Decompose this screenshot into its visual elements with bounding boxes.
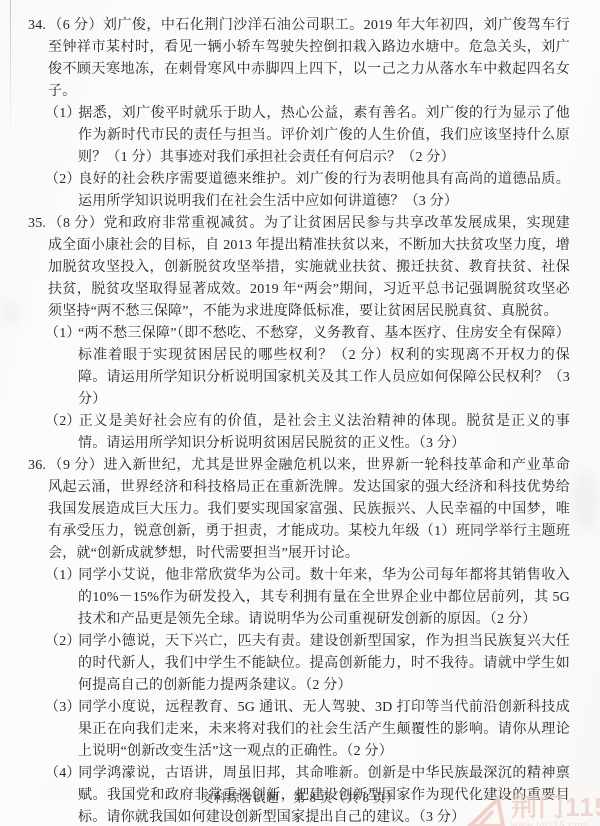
exam-paper-page: 34.（6 分）刘广俊，中石化荆门沙洋石油公司职工。2019 年大年初四，刘广俊… bbox=[0, 0, 600, 826]
question-stem-text: （6 分）刘广俊，中石化荆门沙洋石油公司职工。2019 年大年初四，刘广俊驾车行… bbox=[48, 18, 570, 99]
subquestion-label: （2） bbox=[45, 169, 78, 191]
question-36: 36.（9 分）进入新世纪，尤其是世界金融危机以来，世界新一轮科技革命和产业革命… bbox=[28, 455, 570, 826]
question-35: 35.（8 分）党和政府非常重视减贫。为了让贫困居民参与共享改革发展成果，实现建… bbox=[28, 213, 570, 455]
subquestion: （1）同学小艾说，他非常欣赏华为公司。数十年来，华为公司每年都将其销售收入的10… bbox=[45, 565, 570, 631]
question-stem: 34.（6 分）刘广俊，中石化荆门沙洋石油公司职工。2019 年大年初四，刘广俊… bbox=[28, 15, 570, 103]
scan-edge-artifact bbox=[10, 0, 11, 140]
question-stem: 35.（8 分）党和政府非常重视减贫。为了让贫困居民参与共享改革发展成果，实现建… bbox=[28, 213, 570, 323]
question-number: 34. bbox=[28, 15, 48, 37]
subquestion: （2）同学小德说，天下兴亡，匹夫有责。建设创新型国家，作为担当民族复兴大任的时代… bbox=[45, 631, 570, 697]
scan-smudge bbox=[2, 300, 20, 326]
exam-content: 34.（6 分）刘广俊，中石化荆门沙洋石油公司职工。2019 年大年初四，刘广俊… bbox=[28, 15, 570, 826]
subquestion-label: （2） bbox=[45, 411, 78, 433]
subquestion-text: 良好的社会秩序需要道德来维护。刘广俊的行为表明他具有高尚的道德品质。运用所学知识… bbox=[78, 172, 570, 209]
question-stem-text: （9 分）进入新世纪，尤其是世界金融危机以来，世界新一轮科技革命和产业革命风起云… bbox=[48, 458, 570, 561]
subquestion: （2）良好的社会秩序需要道德来维护。刘广俊的行为表明他具有高尚的道德品质。运用所… bbox=[45, 169, 570, 213]
subquestion-text: 同学小度说，远程教育、5G 通讯、无人驾驶、3D 打印等当代前沿创新科技成果正在… bbox=[78, 700, 570, 759]
subquestion: （3）同学小度说，远程教育、5G 通讯、无人驾驶、3D 打印等当代前沿创新科技成… bbox=[45, 697, 570, 763]
subquestion-label: （3） bbox=[45, 697, 78, 719]
watermark: 荆门115 www.jm115.com bbox=[467, 794, 600, 826]
subquestion-label: （1） bbox=[45, 323, 78, 345]
subquestion: （1）“两不愁三保障”（即不愁吃、不愁穿，义务教育、基本医疗、住房安全有保障）标… bbox=[45, 323, 570, 411]
footer-exam-title: 文科综合试题 bbox=[201, 791, 279, 805]
subquestion-text: 据悉，刘广俊平时就乐于助人，热心公益，素有善名。刘广俊的行为显示了他作为新时代市… bbox=[78, 106, 570, 165]
subquestion-text: 正义是美好社会应有的价值，是社会主义法治精神的体现。脱贫是正义的事情。请运用所学… bbox=[78, 414, 570, 451]
question-number: 36. bbox=[28, 455, 48, 477]
subquestion-label: （1） bbox=[45, 565, 78, 587]
watermark-subtext: www.jm115.com bbox=[511, 820, 600, 826]
subquestion-label: （4） bbox=[45, 763, 78, 785]
question-stem-text: （8 分）党和政府非常重视减贫。为了让贫困居民参与共享改革发展成果，实现建成全面… bbox=[48, 216, 570, 319]
subquestion-text: 同学小艾说，他非常欣赏华为公司。数十年来，华为公司每年都将其销售收入的10%－1… bbox=[78, 568, 570, 627]
scan-smudge bbox=[572, 470, 598, 530]
subquestion: （2）正义是美好社会应有的价值，是社会主义法治精神的体现。脱贫是正义的事情。请运… bbox=[45, 411, 570, 455]
subquestion-text: “两不愁三保障”（即不愁吃、不愁穿，义务教育、基本医疗、住房安全有保障）标准着眼… bbox=[78, 326, 570, 407]
subquestion-label: （2） bbox=[45, 631, 78, 653]
watermark-text: 荆门115 bbox=[511, 794, 600, 820]
question-stem: 36.（9 分）进入新世纪，尤其是世界金融危机以来，世界新一轮科技革命和产业革命… bbox=[28, 455, 570, 565]
subquestion-label: （1） bbox=[45, 103, 78, 125]
watermark-triangle-icon bbox=[467, 795, 507, 826]
subquestion: （1）据悉，刘广俊平时就乐于助人，热心公益，素有善名。刘广俊的行为显示了他作为新… bbox=[45, 103, 570, 169]
subquestion-text: 同学小德说，天下兴亡，匹夫有责。建设创新型国家，作为担当民族复兴大任的时代新人，… bbox=[78, 634, 570, 693]
question-34: 34.（6 分）刘广俊，中石化荆门沙洋石油公司职工。2019 年大年初四，刘广俊… bbox=[28, 15, 570, 213]
question-number: 35. bbox=[28, 213, 48, 235]
footer-page-number: 第 8 页（共 8 页） bbox=[293, 791, 399, 805]
